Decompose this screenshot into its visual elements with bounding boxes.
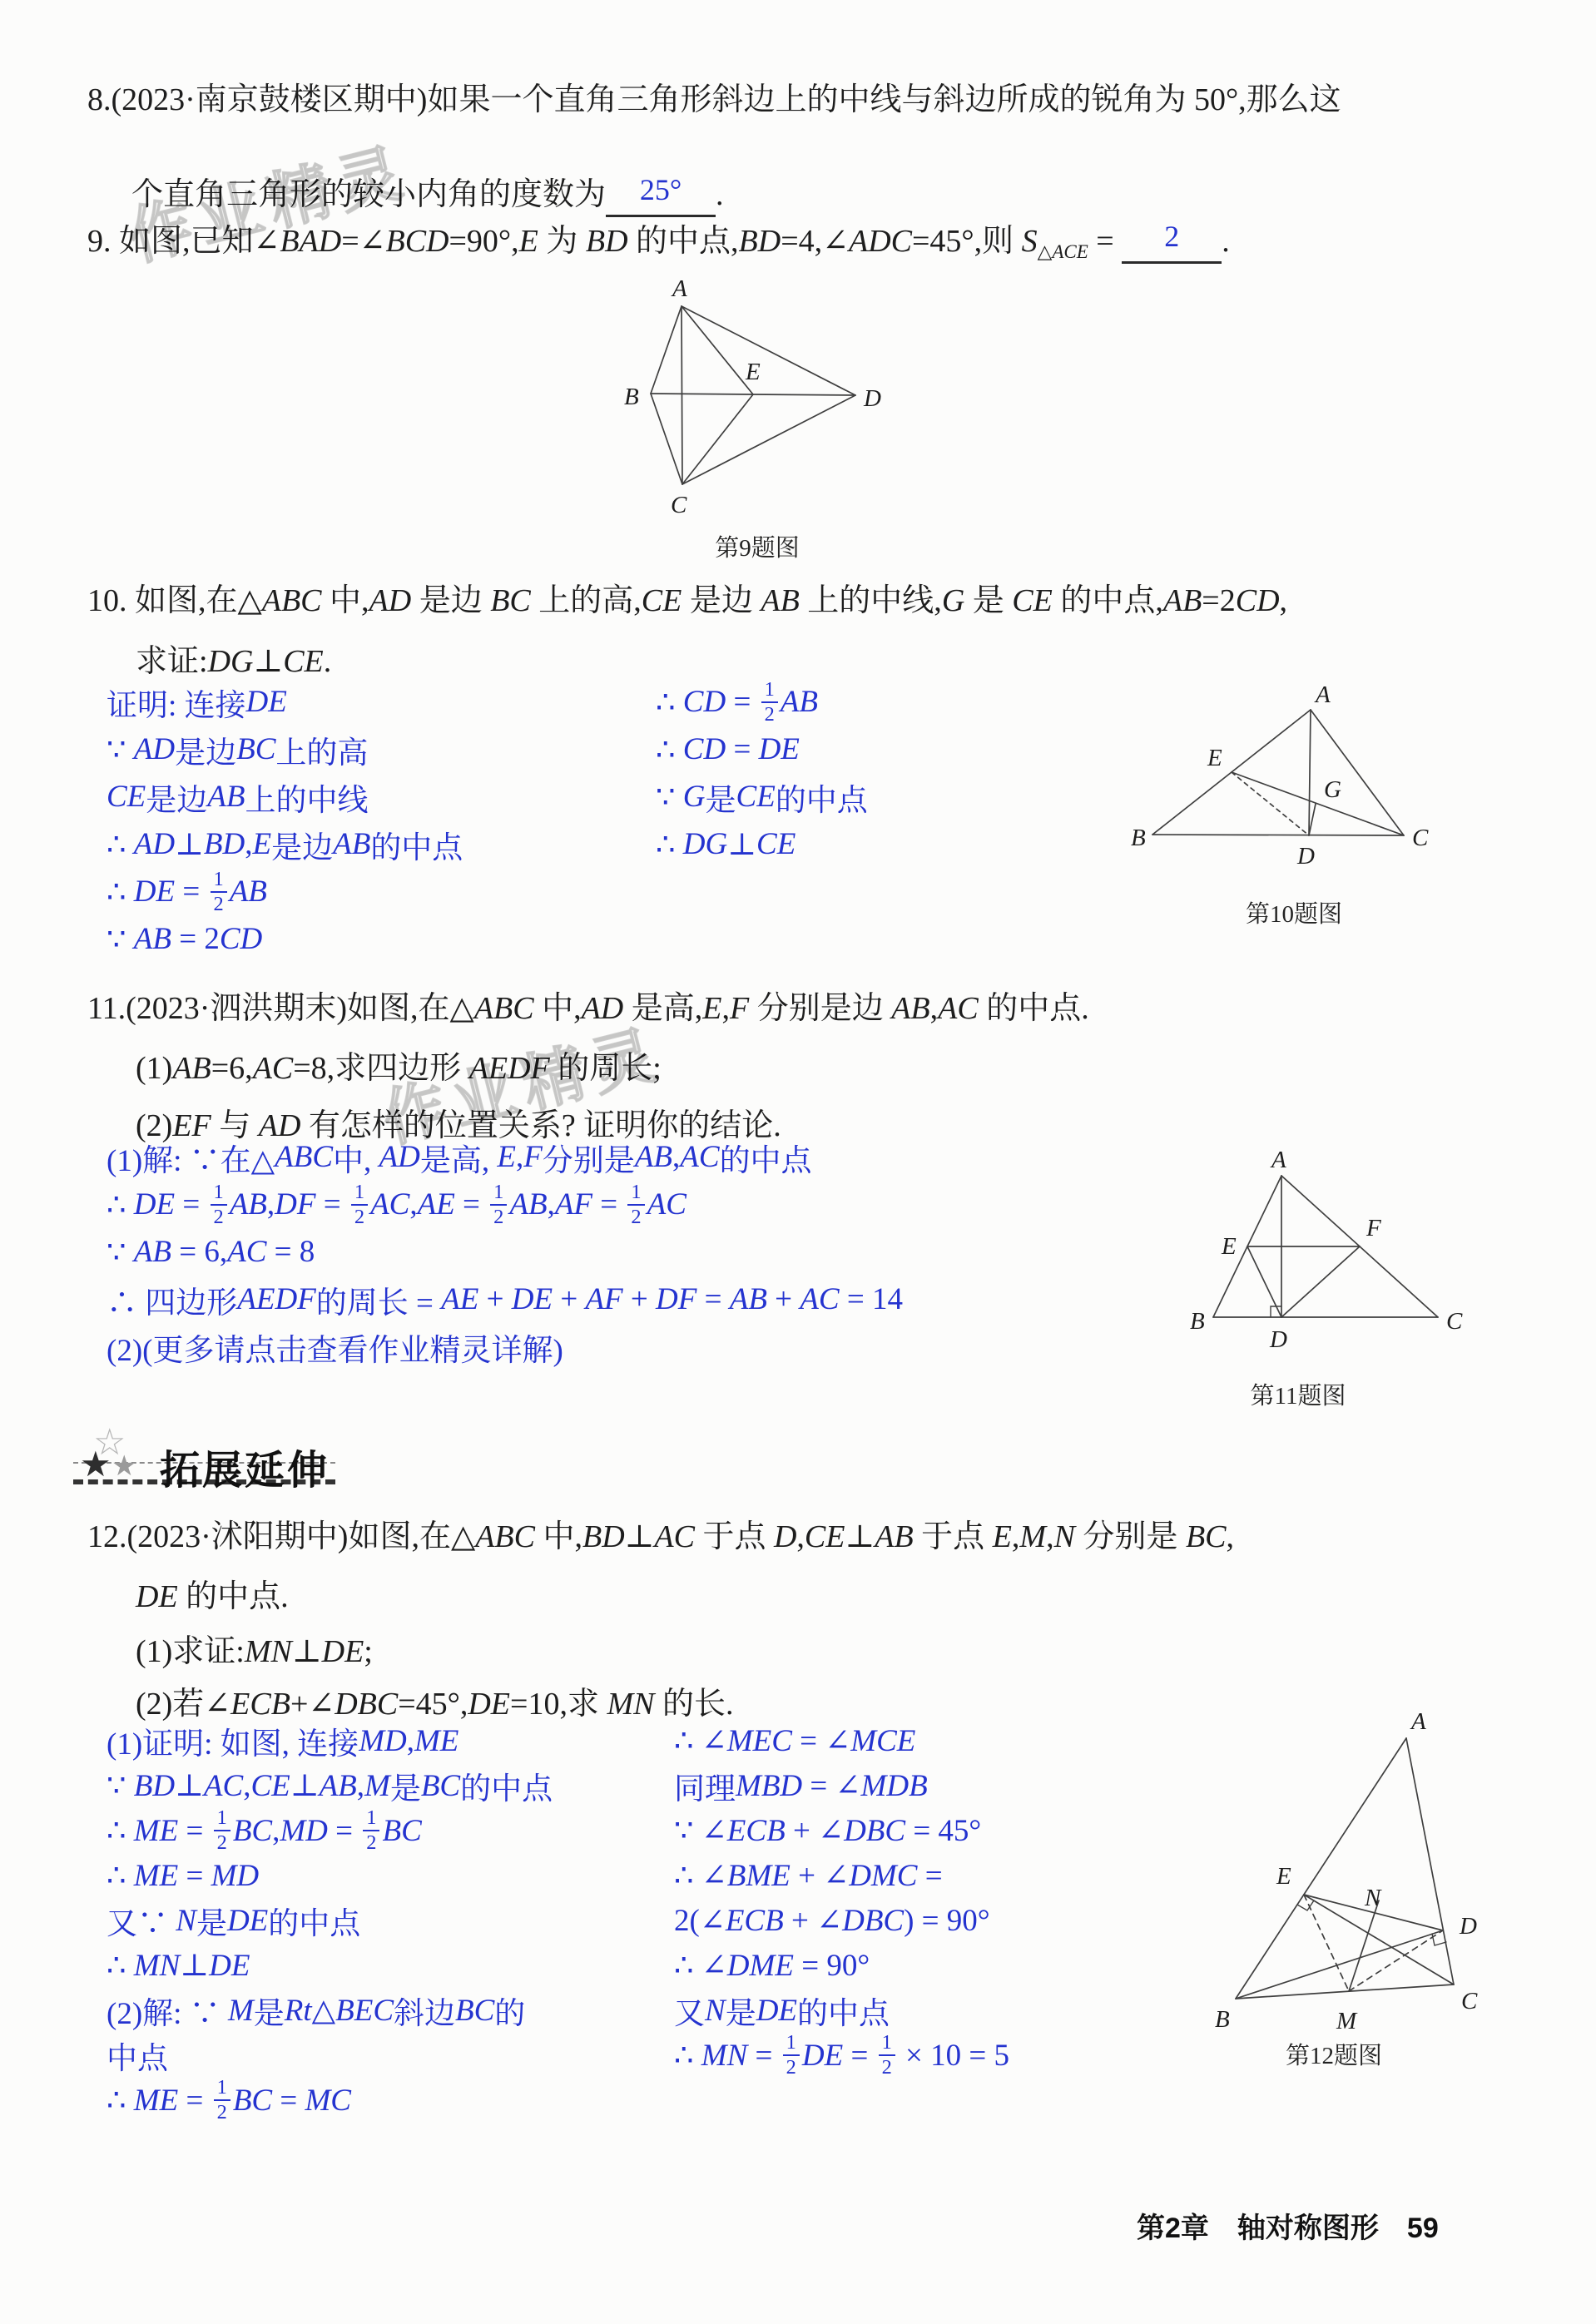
solution-line: 同理MBD = ∠MDB — [674, 1763, 1009, 1808]
workbook-page: { "page": { "background": "#fcfcfb", "te… — [0, 0, 1596, 2324]
solution-line: ∴ MN = 12DE = 12 × 10 = 5 — [674, 2033, 1009, 2078]
solution-line: ∴ MN⊥DE — [107, 1943, 553, 1988]
solution-line: ∵ ∠ECB + ∠DBC = 45° — [674, 1808, 1009, 1853]
solution-line: 又∵ N是DE的中点 — [107, 1898, 553, 1943]
answer-blank: 2 — [1122, 223, 1222, 264]
solution-line: CE是边AB上的中线 — [107, 773, 463, 820]
vertex-label: G — [1324, 776, 1341, 803]
star-icon: ★ — [112, 1453, 136, 1481]
star-icon: ★ — [80, 1448, 112, 1483]
page-footer: 第2章轴对称图形59 — [1137, 2205, 1439, 2246]
problem-8-line-1: 8.(2023·南京鼓楼区期中)如果一个直角三角形斜边上的中线与斜边所成的锐角为… — [87, 82, 1341, 120]
solution-line: ∴ ∠MEC = ∠MCE — [674, 1718, 1009, 1763]
vertex-label: A — [1314, 681, 1331, 708]
answer-25: 25° — [640, 173, 682, 206]
solution-line: 2(∠ECB + ∠DBC) = 90° — [674, 1898, 1009, 1943]
vertex-label: E — [1276, 1863, 1291, 1890]
vertex-label: C — [1446, 1308, 1463, 1335]
solution-line: ∴ CD = DE — [656, 726, 868, 773]
figure-10-caption: 第10题图 — [1107, 895, 1481, 929]
answer-2: 2 — [1164, 220, 1179, 253]
vertex-label: D — [1296, 843, 1315, 870]
vertex-label: A — [1410, 1708, 1426, 1735]
solution-line: ∴ CD = 12AB — [656, 678, 868, 726]
vertex-label: A — [1270, 1147, 1286, 1173]
figure-11-caption: 第11题图 — [1148, 1377, 1448, 1411]
vertex-label: B — [1215, 2006, 1230, 2033]
solution-line: ∴ AD⊥BD,E是边AB的中点 — [107, 820, 463, 868]
problem-8-text: 个直角三角形的较小内角的度数为 — [131, 177, 606, 212]
solution-line: 又N是DE的中点 — [674, 1988, 1009, 2033]
solution-line: (1)解: ∵在△ABC中, AD是高, E,F分别是AB,AC的中点 — [107, 1133, 903, 1181]
problem-12-item-1: (1)求证:MN⊥DE; — [136, 1633, 373, 1672]
answer-blank: 25° — [606, 176, 716, 217]
figure-problem-12: ABCDEMN — [1207, 1716, 1506, 2049]
solution-line: 证明: 连接DE — [107, 678, 463, 726]
period: . — [1222, 224, 1230, 259]
vertex-label: D — [1459, 1913, 1477, 1940]
problem-12-solution-left-column: (1)证明: 如图, 连接MD,ME∵ BD⊥AC,CE⊥AB,M是BC的中点∴… — [107, 1718, 553, 2123]
vertex-label: E — [1221, 1233, 1237, 1260]
section-title: 拓展延伸 — [160, 1438, 330, 1495]
solution-line: ∴ 四边形AEDF的周长 = AE + DE + AF + DF = AB + … — [107, 1276, 903, 1323]
problem-9-line: 9. 如图,已知∠BAD=∠BCD=90°,E 为 BD 的中点,BD=4,∠A… — [87, 223, 1230, 264]
solution-line: ∴ ME = 12BC = MC — [107, 2078, 553, 2123]
footer-chapter-title: 轴对称图形 — [1237, 2213, 1379, 2244]
vertex-label: F — [1366, 1215, 1381, 1241]
problem-12-line-1: 12.(2023·沭阳期中)如图,在△ABC 中,BD⊥AC 于点 D,CE⊥A… — [87, 1519, 1234, 1557]
solution-line: 中点 — [107, 2033, 553, 2078]
vertex-label: A — [671, 275, 687, 302]
figure-12-caption: 第12题图 — [1184, 2037, 1484, 2071]
vertex-label: E — [1207, 745, 1222, 771]
solution-line: (2)(更多请点击查看作业精灵详解) — [107, 1323, 903, 1370]
vertex-label: D — [1269, 1326, 1287, 1353]
problem-9-text: 9. 如图,已知∠BAD=∠BCD=90°,E 为 BD 的中点,BD=4,∠A… — [87, 224, 1038, 259]
figure-12-lines — [1236, 1738, 1454, 1999]
problem-12-solution-right-column: ∴ ∠MEC = ∠MCE同理MBD = ∠MDB∵ ∠ECB + ∠DBC =… — [674, 1718, 1009, 2078]
vertex-label: C — [671, 492, 687, 518]
problem-11-line-1: 11.(2023·泗洪期末)如图,在△ABC 中,AD 是高,E,F 分别是边 … — [87, 990, 1089, 1028]
figure-9-lines — [651, 306, 855, 484]
solution-line: ∴ DE = 12AB — [107, 868, 463, 915]
vertex-label: C — [1461, 1988, 1478, 2014]
solution-line: (1)证明: 如图, 连接MD,ME — [107, 1718, 553, 1763]
solution-line: ∵ AB = 2CD — [107, 915, 463, 963]
solution-line: ∵ AD是边BC上的高 — [107, 726, 463, 773]
period: . — [716, 177, 724, 212]
vertex-label: E — [745, 359, 761, 385]
equals-sign: = — [1088, 224, 1122, 259]
figure-problem-9: ABCDE — [582, 275, 932, 524]
figure-9-caption: 第9题图 — [582, 529, 932, 563]
solution-line: ∴ ME = MD — [107, 1853, 553, 1898]
solution-line: (2)解: ∵ M是Rt△BEC斜边BC的 — [107, 1988, 553, 2033]
problem-10-proof-right-column: ∴ CD = 12AB∴ CD = DE∵ G是CE的中点∴ DG⊥CE — [656, 678, 868, 868]
vertex-label: B — [624, 384, 639, 410]
figure-problem-11: ABCDEF — [1182, 1152, 1481, 1360]
vertex-label: N — [1364, 1885, 1382, 1911]
solution-line: ∴ ∠DME = 90° — [674, 1943, 1009, 1988]
problem-10-proof-left-column: 证明: 连接DE∵ AD是边BC上的高CE是边AB上的中线∴ AD⊥BD,E是边… — [107, 678, 463, 963]
solution-line: ∴ DE = 12AB,DF = 12AC,AE = 12AB,AF = 12A… — [107, 1181, 903, 1228]
vertex-label: C — [1412, 825, 1429, 851]
solution-line: ∵ G是CE的中点 — [656, 773, 868, 820]
solution-line: ∵ AB = 6,AC = 8 — [107, 1228, 903, 1276]
triangle-ace-subscript: △ACE — [1038, 241, 1088, 262]
vertex-label: B — [1190, 1308, 1205, 1335]
solution-line: ∵ BD⊥AC,CE⊥AB,M是BC的中点 — [107, 1763, 553, 1808]
footer-page-number: 59 — [1407, 2213, 1439, 2244]
problem-11-solution: (1)解: ∵在△ABC中, AD是高, E,F分别是AB,AC的中点∴ DE … — [107, 1133, 903, 1370]
figure-10-lines — [1152, 710, 1404, 835]
problem-8-line-2: 个直角三角形的较小内角的度数为25°. — [131, 176, 724, 217]
footer-chapter: 第2章 — [1137, 2213, 1209, 2244]
figure-problem-10: ABCDEG — [1128, 681, 1502, 889]
vertex-label: M — [1336, 2008, 1358, 2034]
problem-10-line-1: 10. 如图,在△ABC 中,AD 是边 BC 上的高,CE 是边 AB 上的中… — [87, 582, 1287, 621]
problem-11-item-1: (1)AB=6,AC=8,求四边形 AEDF 的周长; — [136, 1050, 662, 1088]
vertex-label: D — [863, 385, 881, 412]
solution-line: ∴ DG⊥CE — [656, 820, 868, 868]
problem-10-line-2: 求证:DG⊥CE. — [136, 643, 331, 681]
solution-line: ∴ ME = 12BC,MD = 12BC — [107, 1808, 553, 1853]
figure-11-lines — [1213, 1176, 1438, 1317]
vertex-label: B — [1131, 825, 1146, 851]
problem-12-line-2: DE 的中点. — [136, 1578, 289, 1617]
solution-line: ∴ ∠BME + ∠DMC = — [674, 1853, 1009, 1898]
